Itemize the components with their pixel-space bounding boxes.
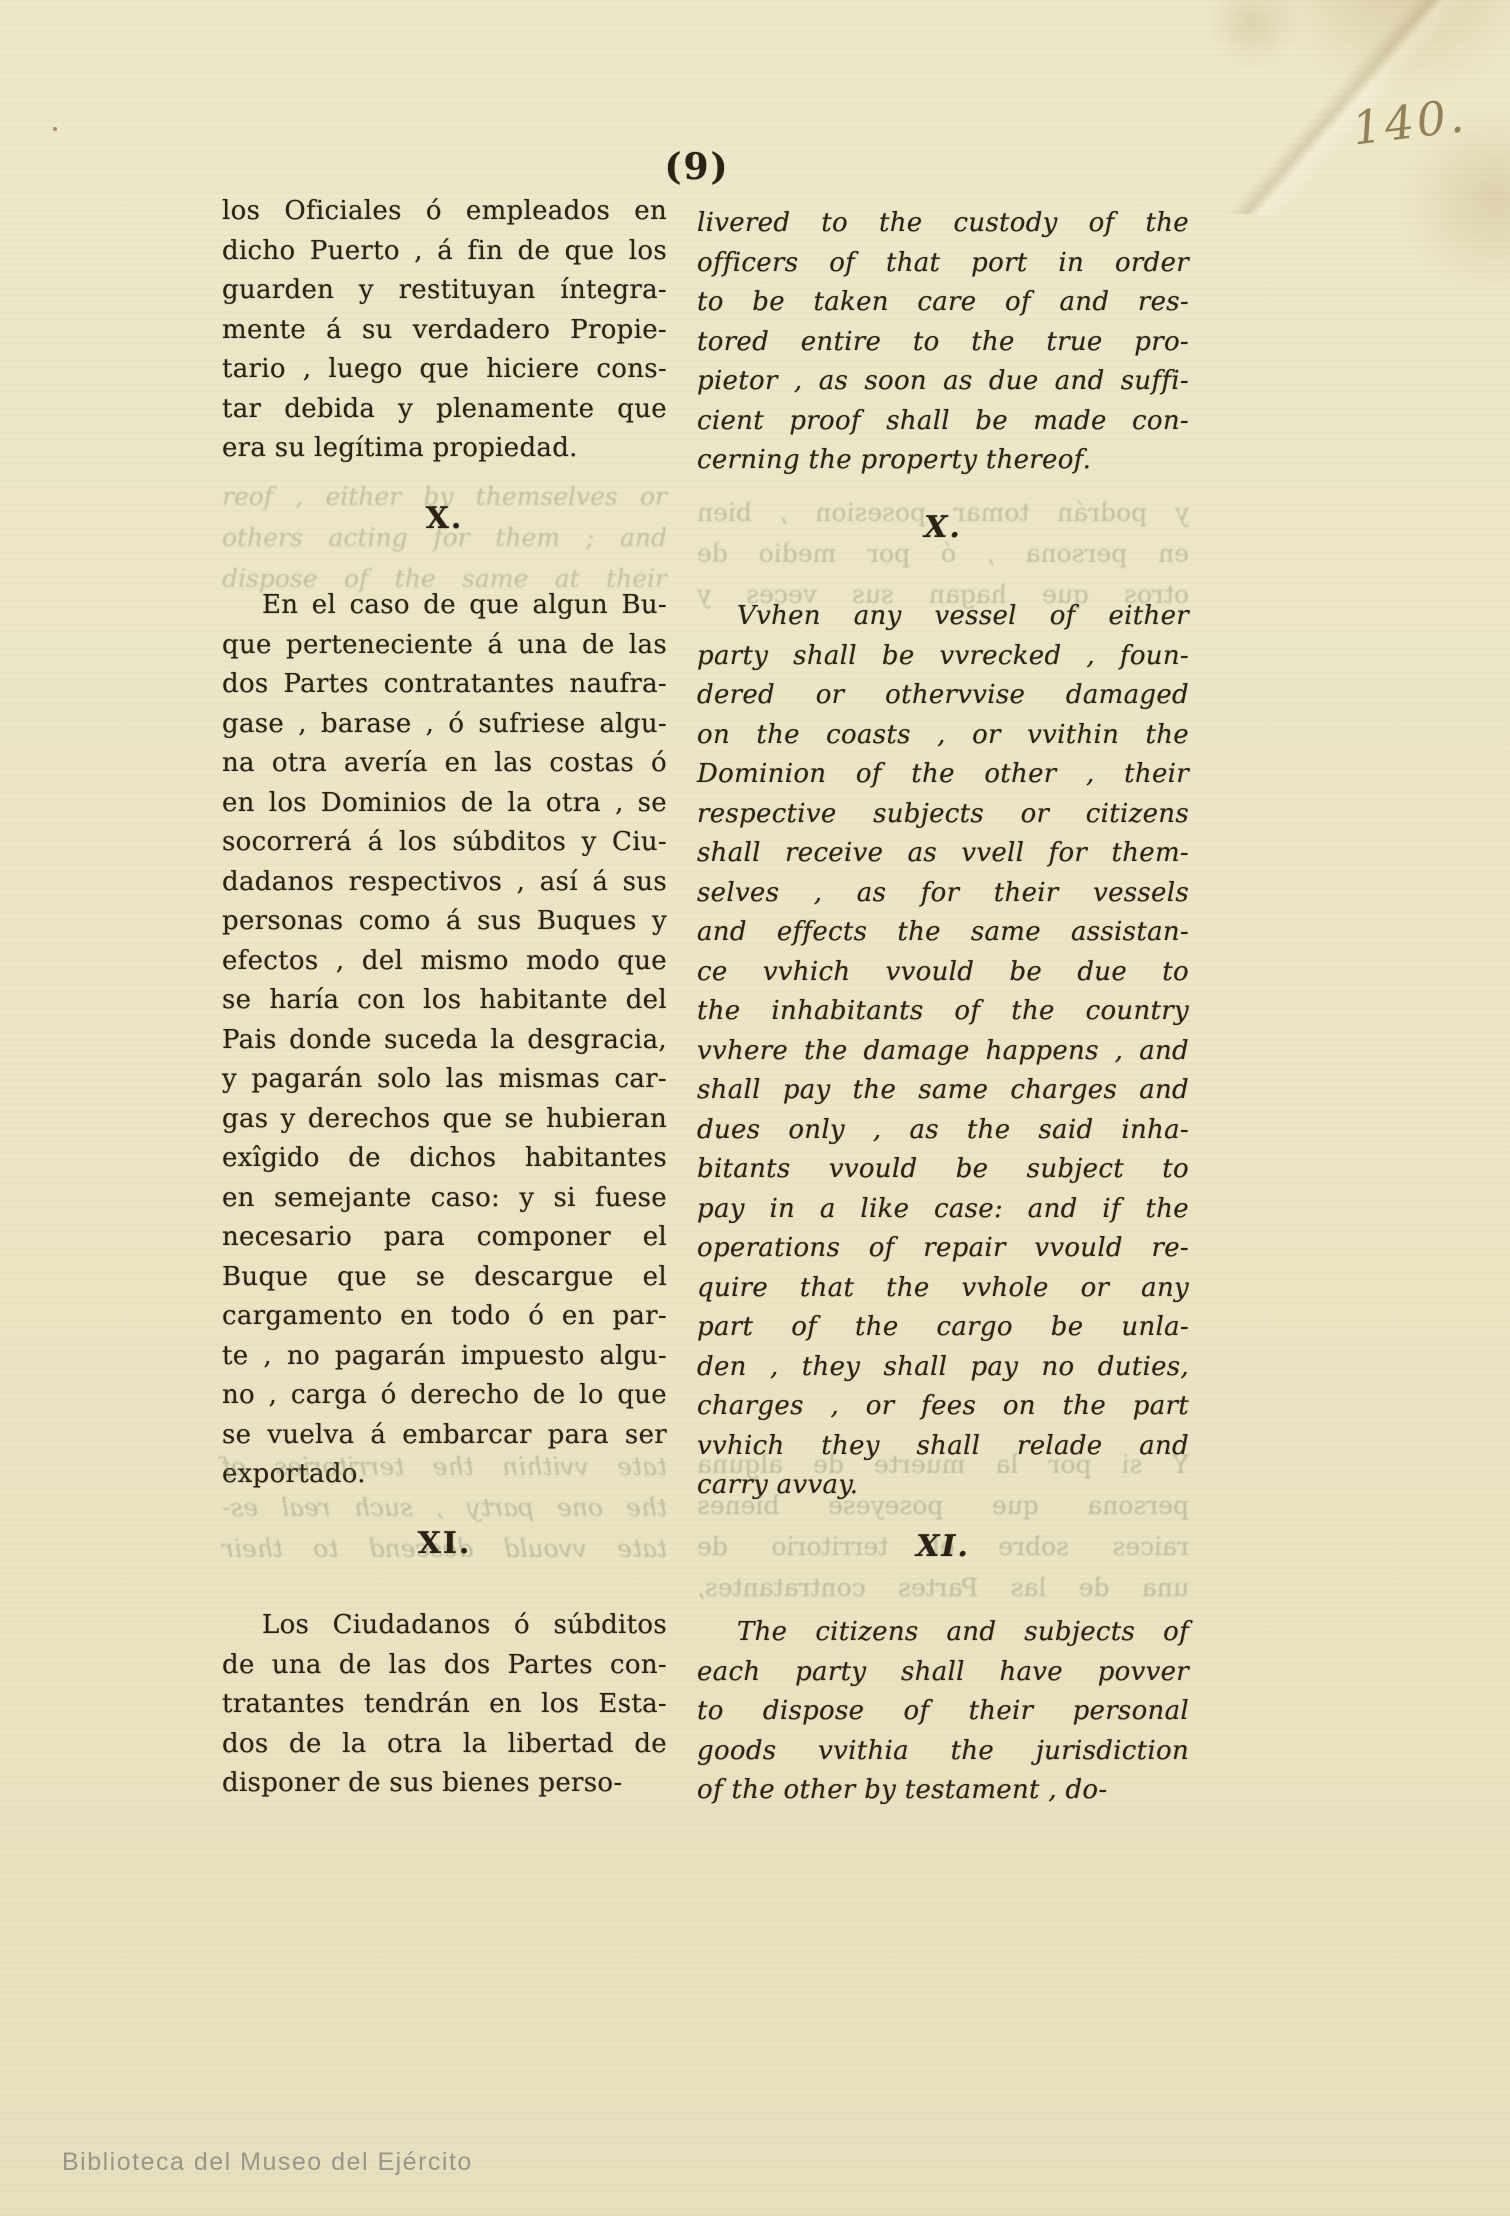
right-intro-paragraph: livered to the custody of theofficers of…: [697, 204, 1189, 481]
left-section-xi-paragraph: Los Ciudadanos ó súbditosde una de las d…: [222, 1606, 667, 1804]
ink-fleck: [53, 127, 57, 131]
right-section-xi-paragraph: The citizens and subjects ofeach party s…: [697, 1613, 1189, 1811]
handwritten-folio-number: 140.: [1349, 82, 1510, 155]
right-section-x-paragraph: Vvhen any vessel of eitherparty shall be…: [697, 597, 1189, 1506]
left-intro-paragraph: los Oficiales ó empleados endicho Puerto…: [222, 192, 667, 469]
left-section-x-heading: X.: [222, 501, 667, 536]
bleedthrough-right-gap-xi: Y si por la muerte de algunapersona que …: [697, 1444, 1189, 1608]
scanned-treaty-page: 140. (9) los Oficiales ó empleados endic…: [0, 0, 1510, 2216]
page-number: (9): [642, 146, 752, 188]
right-section-xi-heading: XI.: [697, 1529, 1189, 1564]
library-watermark: Biblioteca del Museo del Ejército: [62, 2148, 473, 2177]
left-section-x-paragraph: En el caso de que algun Bu-que perteneci…: [222, 586, 667, 1495]
bleedthrough-left-gap-x: reof , either by themselves orothers act…: [222, 476, 667, 599]
left-section-xi-heading: XI.: [222, 1526, 667, 1561]
right-section-x-heading: X.: [697, 510, 1189, 545]
